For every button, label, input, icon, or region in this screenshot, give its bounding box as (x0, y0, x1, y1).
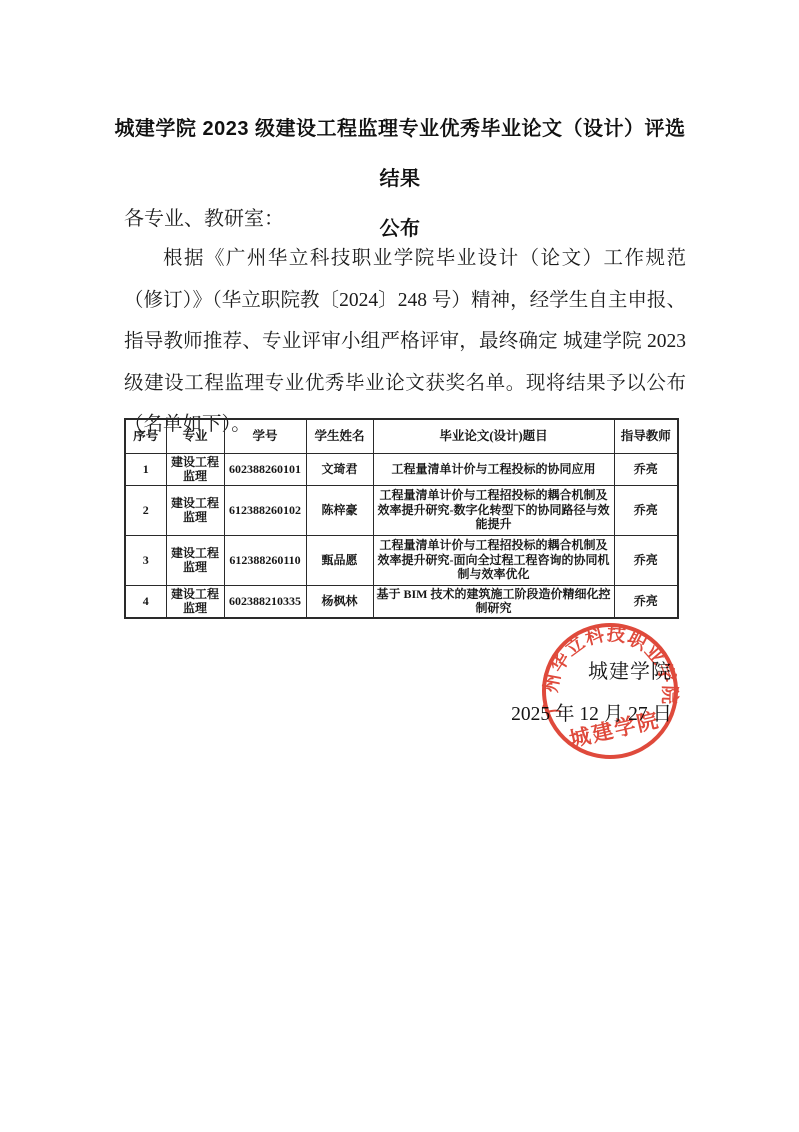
cell-thesis-title: 工程量清单计价与工程招投标的耦合机制及效率提升研究-数字化转型下的协同路径与效能… (373, 485, 614, 535)
cell-thesis-title: 工程量清单计价与工程招投标的耦合机制及效率提升研究-面向全过程工程咨询的协同机制… (373, 535, 614, 585)
cell-student-id: 612388260110 (224, 535, 306, 585)
official-seal-stamp: 广州华立科技职业学院 城建学院 (526, 607, 693, 774)
cell-student-id: 602388260101 (224, 453, 306, 485)
salutation: 各专业、教研室： (124, 202, 284, 231)
table-row: 3 建设工程监理 612388260110 甄品愿 工程量清单计价与工程招投标的… (125, 535, 678, 585)
header-advisor: 指导教师 (614, 419, 678, 453)
cell-index: 1 (125, 453, 166, 485)
cell-major: 建设工程监理 (166, 585, 224, 618)
signature-date: 2025 年 12 月 27 日 (420, 698, 672, 726)
cell-index: 4 (125, 585, 166, 618)
header-major: 专业 (166, 419, 224, 453)
cell-student-name: 陈梓豪 (306, 485, 373, 535)
cell-student-id: 612388260102 (224, 485, 306, 535)
cell-advisor: 乔亮 (614, 453, 678, 485)
body-paragraph: 根据《广州华立科技职业学院毕业设计（论文）工作规范（修订）》（华立职院教〔202… (124, 238, 686, 446)
cell-thesis-title: 基于 BIM 技术的建筑施工阶段造价精细化控制研究 (373, 585, 614, 618)
cell-student-id: 602388210335 (224, 585, 306, 618)
table-row: 2 建设工程监理 612388260102 陈梓豪 工程量清单计价与工程招投标的… (125, 485, 678, 535)
header-index: 序号 (125, 419, 166, 453)
cell-advisor: 乔亮 (614, 585, 678, 618)
header-thesis-title: 毕业论文(设计)题目 (373, 419, 614, 453)
results-table: 序号 专业 学号 学生姓名 毕业论文(设计)题目 指导教师 1 建设工程监理 6… (124, 418, 679, 619)
cell-advisor: 乔亮 (614, 485, 678, 535)
seal-circle (536, 617, 683, 764)
cell-major: 建设工程监理 (166, 535, 224, 585)
cell-index: 2 (125, 485, 166, 535)
header-student-name: 学生姓名 (306, 419, 373, 453)
header-student-id: 学号 (224, 419, 306, 453)
cell-index: 3 (125, 535, 166, 585)
page-title-line1: 城建学院 2023 级建设工程监理专业优秀毕业论文（设计）评选结果 (110, 104, 690, 204)
table-row: 4 建设工程监理 602388210335 杨枫林 基于 BIM 技术的建筑施工… (125, 585, 678, 618)
cell-student-name: 甄品愿 (306, 535, 373, 585)
cell-major: 建设工程监理 (166, 485, 224, 535)
cell-student-name: 文琦君 (306, 453, 373, 485)
table-row: 1 建设工程监理 602388260101 文琦君 工程量清单计价与工程投标的协… (125, 453, 678, 485)
document-page: 城建学院 2023 级建设工程监理专业优秀毕业论文（设计）评选结果 公布 各专业… (0, 0, 799, 1132)
cell-student-name: 杨枫林 (306, 585, 373, 618)
cell-thesis-title: 工程量清单计价与工程投标的协同应用 (373, 453, 614, 485)
page-title: 城建学院 2023 级建设工程监理专业优秀毕业论文（设计）评选结果 公布 (110, 104, 690, 254)
table-header-row: 序号 专业 学号 学生姓名 毕业论文(设计)题目 指导教师 (125, 419, 678, 453)
signature-department: 城建学院 (420, 655, 672, 684)
cell-major: 建设工程监理 (166, 453, 224, 485)
cell-advisor: 乔亮 (614, 535, 678, 585)
